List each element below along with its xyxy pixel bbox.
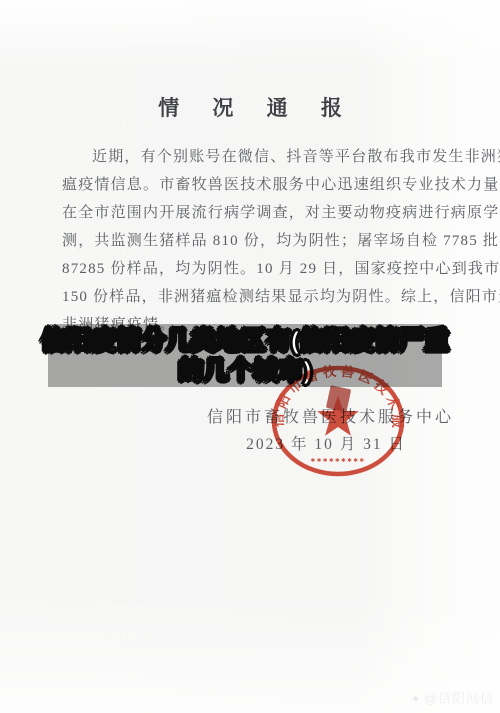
document-title: 情 况 通 报 [0, 92, 500, 122]
watermark-text: @信阳网信 [424, 691, 494, 706]
body-line: 在全市范围内开展流行病学调查，对主要动物疫病进行病原学检 [62, 199, 449, 227]
body-line: 150 份样品，非洲猪瘟检测结果显示均为阴性。综上，信阳市无 [62, 283, 449, 311]
body-line: 瘟疫情信息。市畜牧兽医技术服务中心迅速组织专业技术力量， [62, 171, 449, 199]
seal-ink-blot [326, 385, 351, 412]
watermark-logo-icon: ✦ [411, 692, 422, 706]
body-line: 测，共监测生猪样品 810 份，均为阴性；屠宰场自检 7785 批次、 [62, 227, 449, 255]
body-line: 87285 份样品，均为阴性。10 月 29 日，国家疫控中心到我市采集 [62, 255, 449, 283]
body-line: 近期，有个别账号在微信、抖音等平台散布我市发生非洲猪 [62, 143, 449, 171]
document-photo: 情 况 通 报 近期，有个别账号在微信、抖音等平台散布我市发生非洲猪 瘟疫情信息… [0, 0, 500, 713]
document-body: 近期，有个别账号在微信、抖音等平台散布我市发生非洲猪 瘟疫情信息。市畜牧兽医技术… [62, 143, 449, 339]
headline-line-1: 信阳疫情分几类地区有(信阳疫情严重 [41, 327, 449, 355]
seal-code-row: ✱✱✱✱✱✱✱✱✱ [311, 457, 366, 464]
paper-highlight-top [0, 0, 500, 70]
watermark: ✦@信阳网信 [411, 688, 494, 707]
official-seal: 信阳市畜牧兽医技术服务中心 ✱✱✱✱✱✱✱✱✱ [268, 361, 408, 477]
